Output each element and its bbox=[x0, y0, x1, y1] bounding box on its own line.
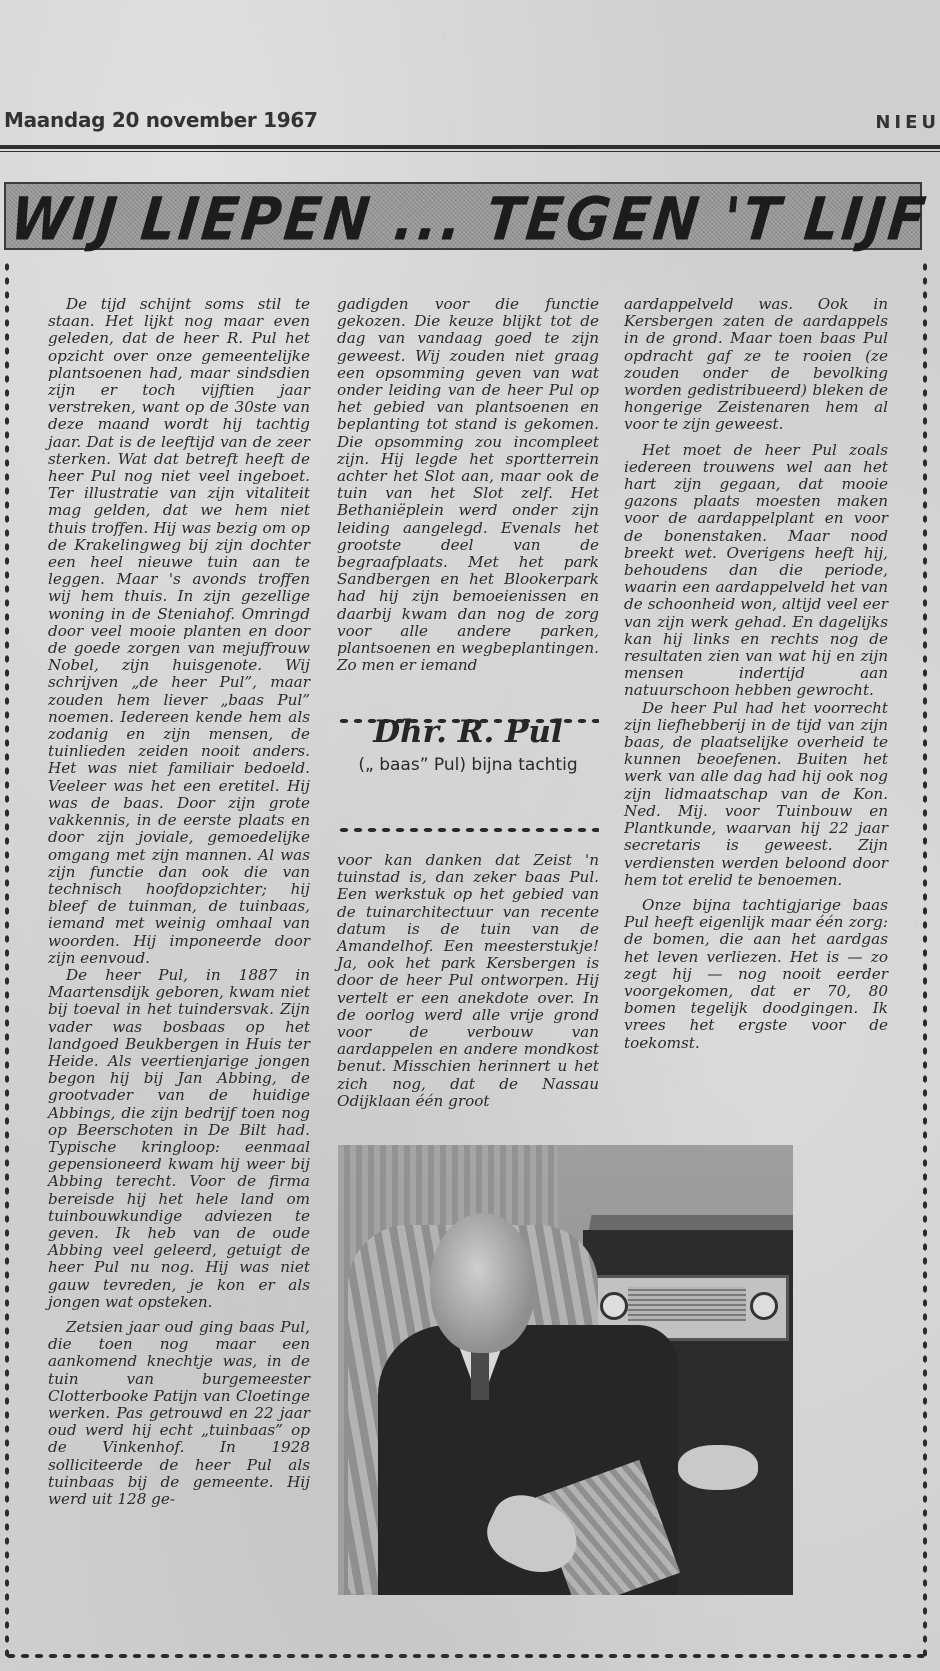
article-column-2-bottom: voor kan danken dat Zeist 'n tuinstad is… bbox=[337, 852, 599, 1110]
article-column-3: aardappelveld was. Ook in Kersbergen zat… bbox=[624, 296, 888, 1052]
article-column-2-top: gadigden voor die functie gekozen. Die k… bbox=[337, 296, 599, 674]
photo-radio-knob bbox=[600, 1292, 628, 1320]
paragraph: gadigden voor die functie gekozen. Die k… bbox=[337, 296, 599, 674]
headline-banner: WIJ LIEPEN ... TEGEN 'T LIJF bbox=[4, 182, 922, 250]
wavy-divider-bottom bbox=[337, 826, 599, 834]
photo-man-hand bbox=[678, 1445, 758, 1490]
paragraph: De heer Pul had het voorrecht zijn liefh… bbox=[624, 700, 888, 889]
masthead: Maandag 20 november 1967 NIEU bbox=[0, 108, 940, 138]
paragraph: aardappelveld was. Ook in Kersbergen zat… bbox=[624, 296, 888, 434]
issue-date: Maandag 20 november 1967 bbox=[4, 108, 318, 132]
masthead-rule-thin bbox=[0, 151, 940, 152]
masthead-rule bbox=[0, 145, 940, 149]
subheading-tagline: („ baas” Pul) bijna tachtig bbox=[337, 752, 599, 778]
newspaper-name: NIEU bbox=[875, 112, 940, 133]
paragraph: De tijd schijnt soms stil te staan. Het … bbox=[48, 296, 310, 967]
wavy-border-bottom bbox=[4, 1652, 924, 1660]
paragraph: Zetsien jaar oud ging baas Pul, die toen… bbox=[48, 1319, 310, 1508]
paragraph: Het moet de heer Pul zoals iedereen trou… bbox=[624, 442, 888, 700]
photo-radio-knob bbox=[750, 1292, 778, 1320]
portrait-photo bbox=[338, 1145, 793, 1595]
photo-man-head bbox=[430, 1213, 535, 1353]
article-column-1: De tijd schijnt soms stil te staan. Het … bbox=[48, 296, 310, 1508]
wavy-border-right bbox=[920, 262, 930, 1662]
paragraph: Onze bijna tachtigjarige baas Pul heeft … bbox=[624, 897, 888, 1052]
subheading-name: Dhr. R. Pul bbox=[337, 712, 599, 752]
photo-radio-dial bbox=[628, 1287, 746, 1321]
subheading-box: Dhr. R. Pul („ baas” Pul) bijna tachtig bbox=[337, 712, 599, 778]
headline: WIJ LIEPEN ... TEGEN 'T LIJF bbox=[7, 188, 914, 252]
wavy-border-left bbox=[2, 262, 12, 1662]
paragraph: voor kan danken dat Zeist 'n tuinstad is… bbox=[337, 852, 599, 1110]
paragraph: De heer Pul, in 1887 in Maartensdijk geb… bbox=[48, 967, 310, 1311]
